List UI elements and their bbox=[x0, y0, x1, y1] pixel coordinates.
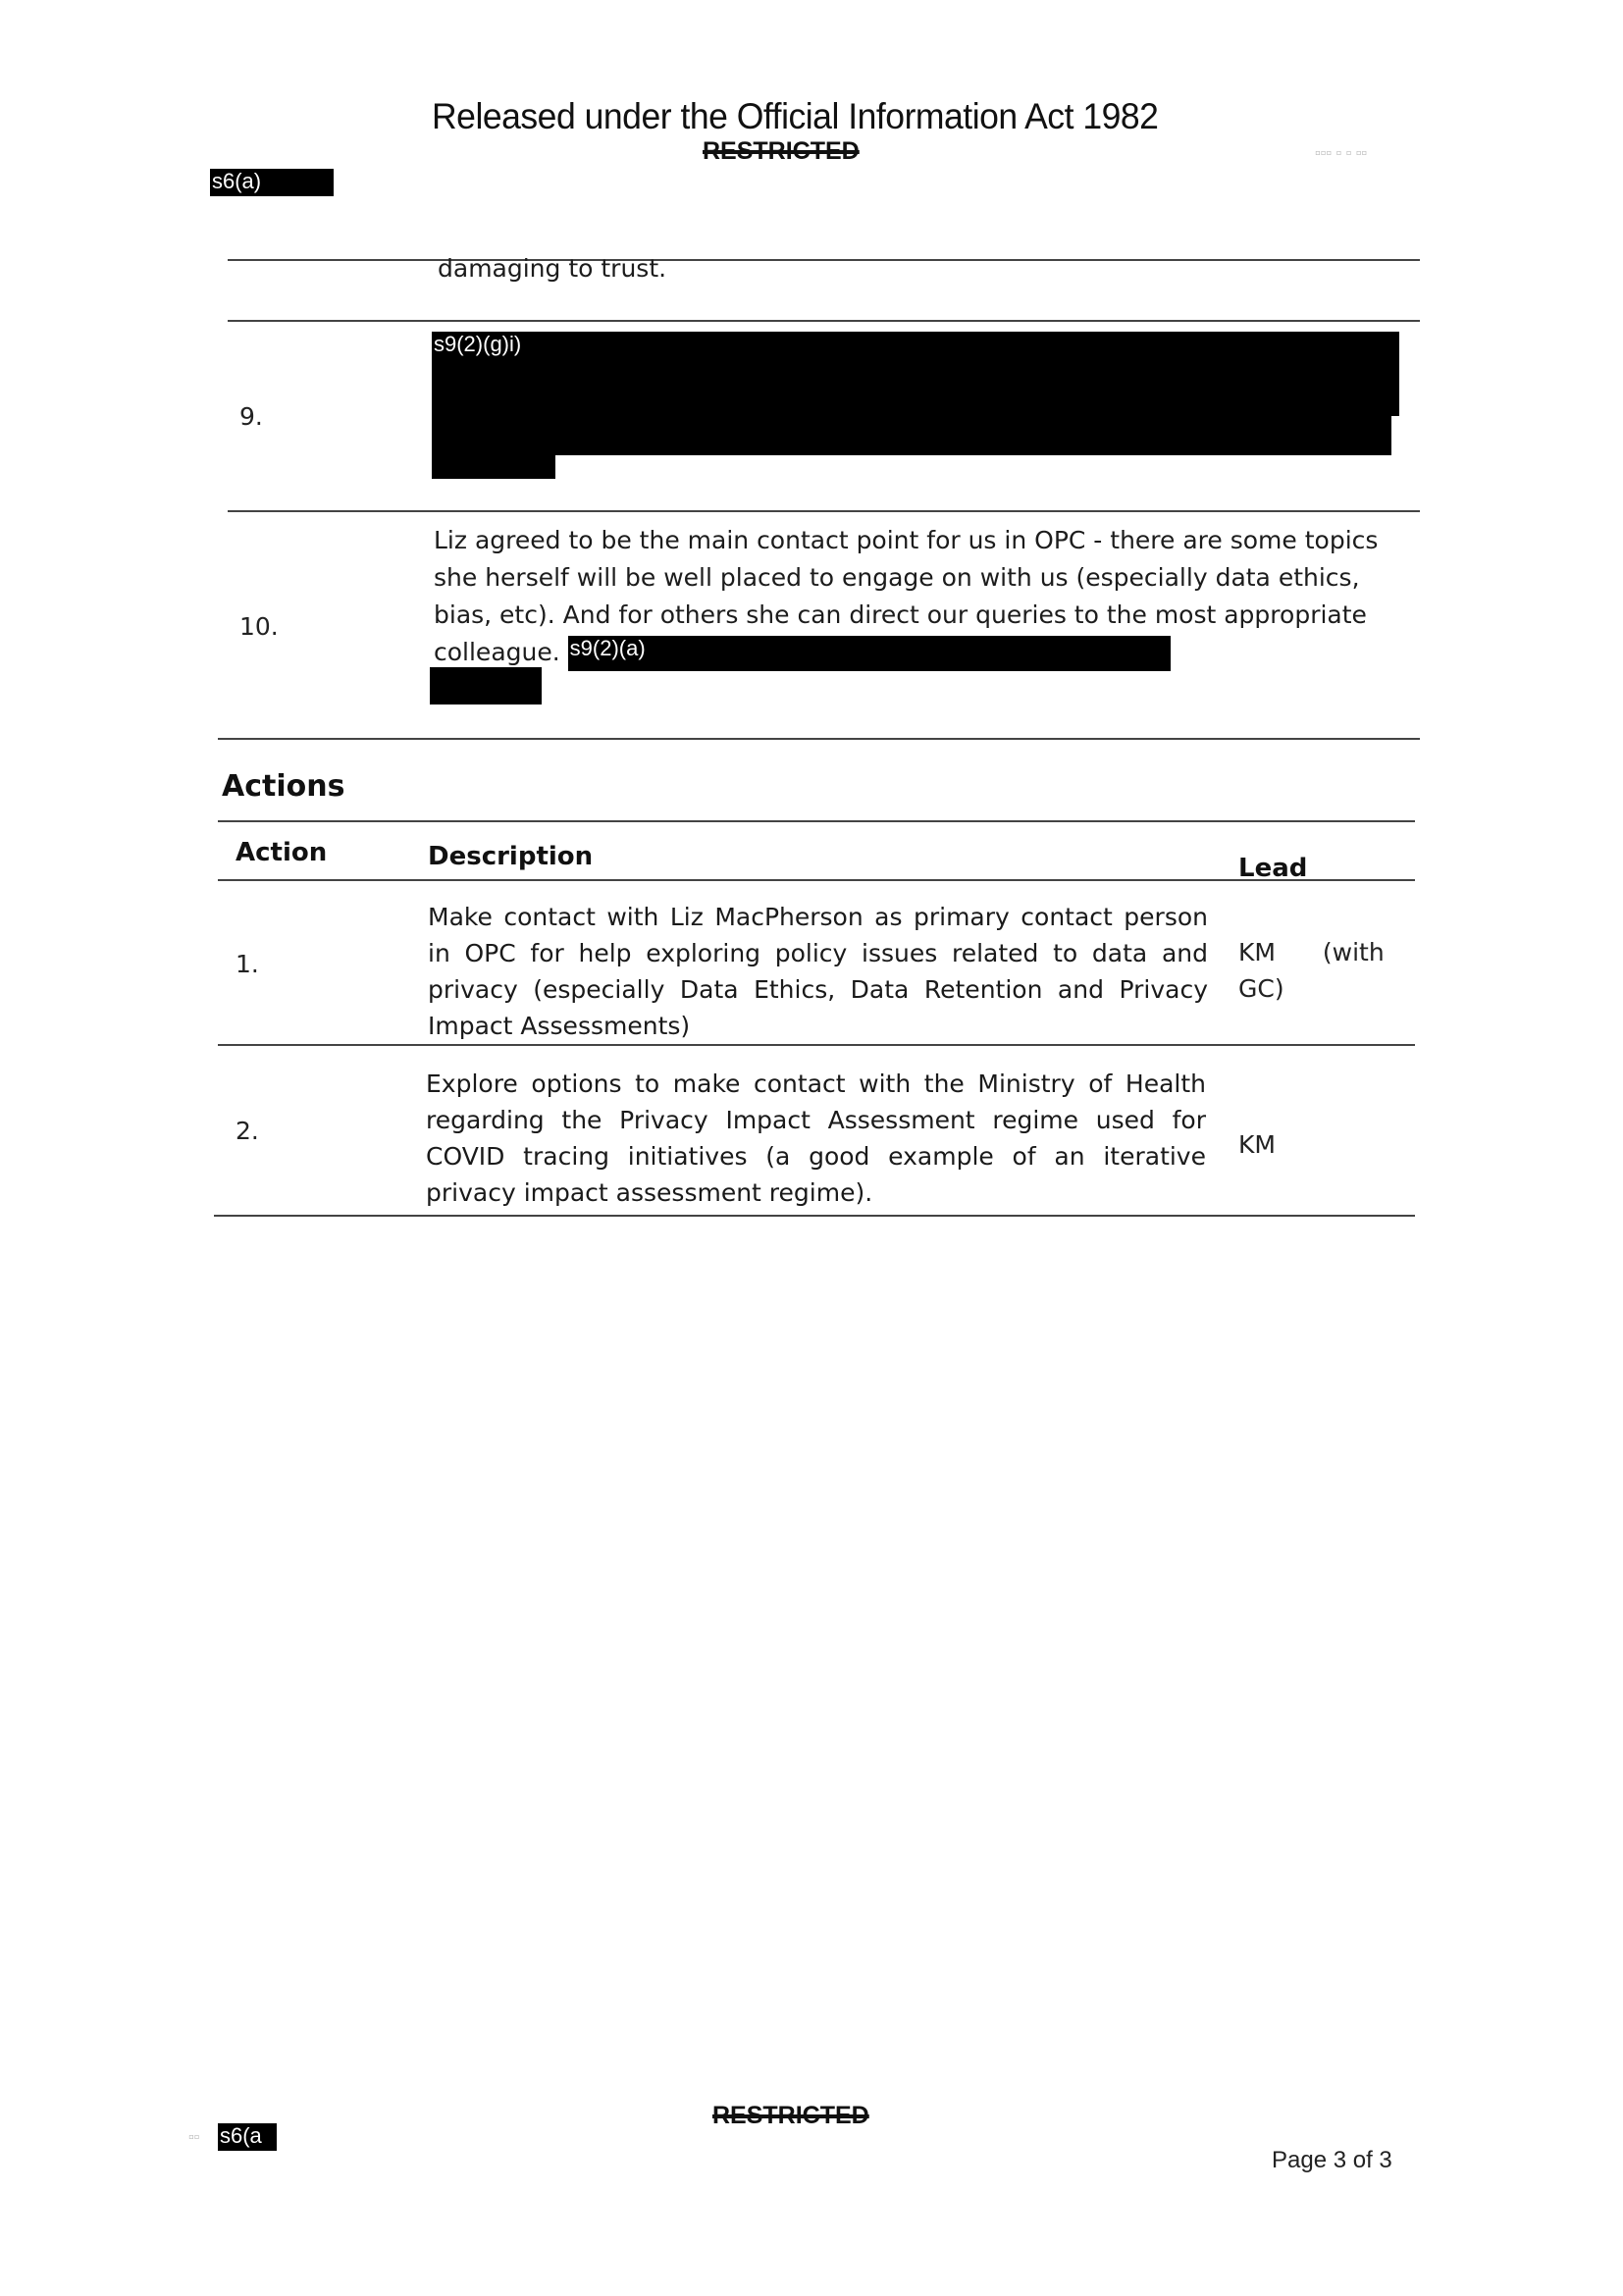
item-number: 10. bbox=[239, 612, 279, 641]
item-number: 9. bbox=[239, 402, 263, 431]
action-description: Explore options to make contact with the… bbox=[426, 1066, 1206, 1211]
table-top-border bbox=[218, 820, 1415, 822]
header-redaction: s6(a) bbox=[210, 169, 334, 196]
table-bottom-border bbox=[214, 1215, 1415, 1217]
action-number: 1. bbox=[236, 950, 259, 978]
item-9-redaction-line bbox=[432, 416, 1391, 455]
divider bbox=[218, 738, 1420, 740]
table-header-border bbox=[218, 879, 1415, 881]
divider bbox=[228, 510, 1420, 512]
divider bbox=[228, 259, 1420, 261]
footer-redaction: s6(a bbox=[218, 2123, 277, 2151]
action-number: 2. bbox=[236, 1117, 259, 1145]
item-10-redaction-line bbox=[430, 667, 542, 704]
item-10-redaction: s9(2)(a) bbox=[568, 636, 1171, 671]
column-header-description: Description bbox=[428, 842, 593, 871]
divider bbox=[228, 320, 1420, 322]
faint-stamp: ▫▫ bbox=[188, 2129, 199, 2147]
actions-heading: Actions bbox=[222, 769, 344, 804]
faint-stamp: ▫▫▫ ▫ ▫ ▫▫ bbox=[1315, 145, 1367, 163]
page-number: Page 3 of 3 bbox=[1272, 2147, 1392, 2174]
item-9-redaction-line bbox=[432, 451, 555, 479]
table-row-border bbox=[218, 1044, 1415, 1046]
release-notice: Released under the Official Information … bbox=[432, 96, 1158, 137]
item-9-redaction-line bbox=[432, 369, 1399, 416]
column-header-action: Action bbox=[236, 838, 327, 867]
action-description: Make contact with Liz MacPherson as prim… bbox=[428, 899, 1208, 1044]
item-10-text: Liz agreed to be the main contact point … bbox=[434, 522, 1395, 671]
action-lead: KM bbox=[1238, 1130, 1276, 1159]
classification-marking-top: RESTRICTED bbox=[677, 137, 885, 165]
continuation-text: damaging to trust. bbox=[438, 253, 666, 284]
classification-marking-bottom: RESTRICTED bbox=[687, 2102, 895, 2129]
action-lead: KM (with GC) bbox=[1238, 934, 1405, 1007]
item-9-redaction: s9(2)(g)i) bbox=[432, 332, 1399, 369]
